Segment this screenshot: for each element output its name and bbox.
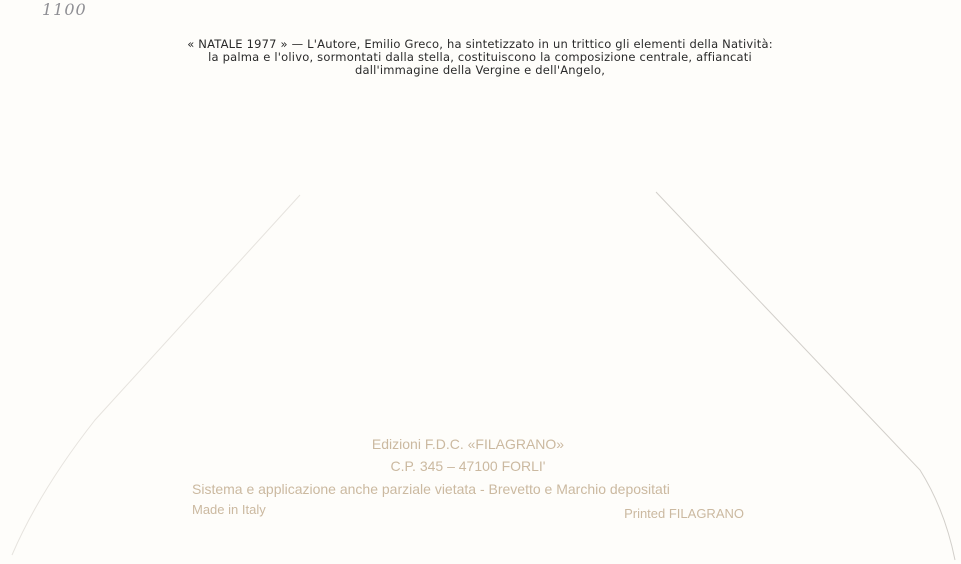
copyright-notice: Sistema e applicazione anche parziale vi… — [192, 481, 670, 497]
publisher-name: Edizioni F.D.C. «FILAGRANO» — [0, 436, 936, 452]
printer-credit: Printed FILAGRANO — [624, 506, 744, 521]
publisher-imprint: Edizioni F.D.C. «FILAGRANO» C.P. 345 – 4… — [0, 0, 961, 564]
country-of-origin: Made in Italy — [192, 502, 266, 517]
publisher-address: C.P. 345 – 47100 FORLI' — [0, 458, 936, 474]
envelope-back: 1100 « NATALE 1977 » — L'Autore, Emilio … — [0, 0, 961, 564]
